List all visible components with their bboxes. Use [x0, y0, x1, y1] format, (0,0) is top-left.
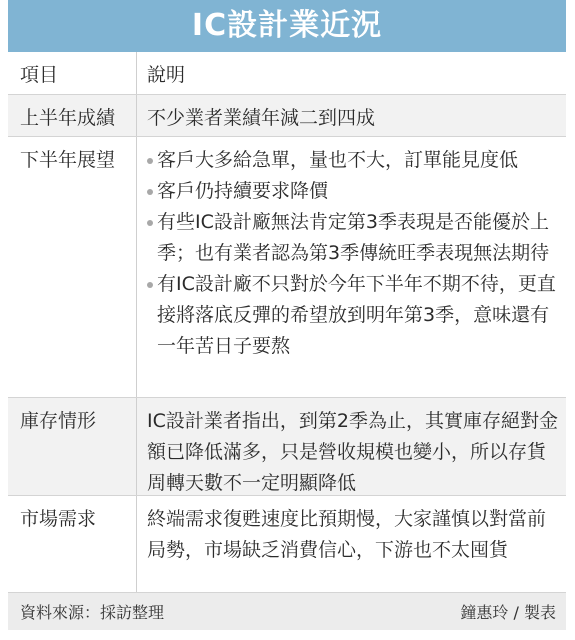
row-desc: IC設計業者指出，到第2季為止，其實庫存絕對金額已降低滿多，只是營收規模也變小，…: [137, 398, 566, 495]
row-label: 庫存情形: [8, 398, 137, 495]
bullet-item: 客戶大多給急單，量也不大，訂單能見度低: [147, 145, 560, 176]
row-label: 上半年成績: [8, 95, 137, 136]
row-desc: 不少業者業績年減二到四成: [137, 95, 566, 136]
header-desc: 說明: [137, 52, 566, 94]
bullet-item: 有IC設計廠不只對於今年下半年不期不待，更直接將落底反彈的希望放到明年第3季，意…: [147, 269, 560, 362]
bullet-list: 客戶大多給急單，量也不大，訂單能見度低 客戶仍持續要求降價 有些IC設計廠無法肯…: [147, 145, 560, 362]
header-item: 項目: [8, 52, 137, 94]
bullet-item: 有些IC設計廠無法肯定第3季表現是否能優於上季；也有業者認為第3季傳統旺季表現無…: [147, 207, 560, 269]
table-title: IC設計業近況: [192, 11, 382, 41]
table-row: 庫存情形 IC設計業者指出，到第2季為止，其實庫存絕對金額已降低滿多，只是營收規…: [8, 398, 566, 496]
row-desc: 終端需求復甦速度比預期慢，大家謹慎以對當前局勢，市場缺乏消費信心，下游也不太囤貨: [137, 496, 566, 592]
title-bar: IC設計業近況: [8, 0, 566, 52]
table-row: 市場需求 終端需求復甦速度比預期慢，大家謹慎以對當前局勢，市場缺乏消費信心，下游…: [8, 496, 566, 593]
table-row: 下半年展望 客戶大多給急單，量也不大，訂單能見度低 客戶仍持續要求降價 有些IC…: [8, 137, 566, 398]
source-note: 資料來源：採訪整理: [20, 600, 164, 623]
table-header-row: 項目 說明: [8, 52, 566, 95]
table-footer: 資料來源：採訪整理 鐘惠玲 / 製表: [8, 593, 566, 630]
bullet-item: 客戶仍持續要求降價: [147, 176, 560, 207]
table-row: 上半年成績 不少業者業績年減二到四成: [8, 95, 566, 137]
row-label: 市場需求: [8, 496, 137, 592]
info-table: IC設計業近況 項目 說明 上半年成績 不少業者業績年減二到四成 下半年展望 客…: [8, 0, 566, 630]
row-desc: 客戶大多給急單，量也不大，訂單能見度低 客戶仍持續要求降價 有些IC設計廠無法肯…: [137, 137, 566, 397]
row-label: 下半年展望: [8, 137, 137, 397]
credit-note: 鐘惠玲 / 製表: [460, 600, 556, 623]
